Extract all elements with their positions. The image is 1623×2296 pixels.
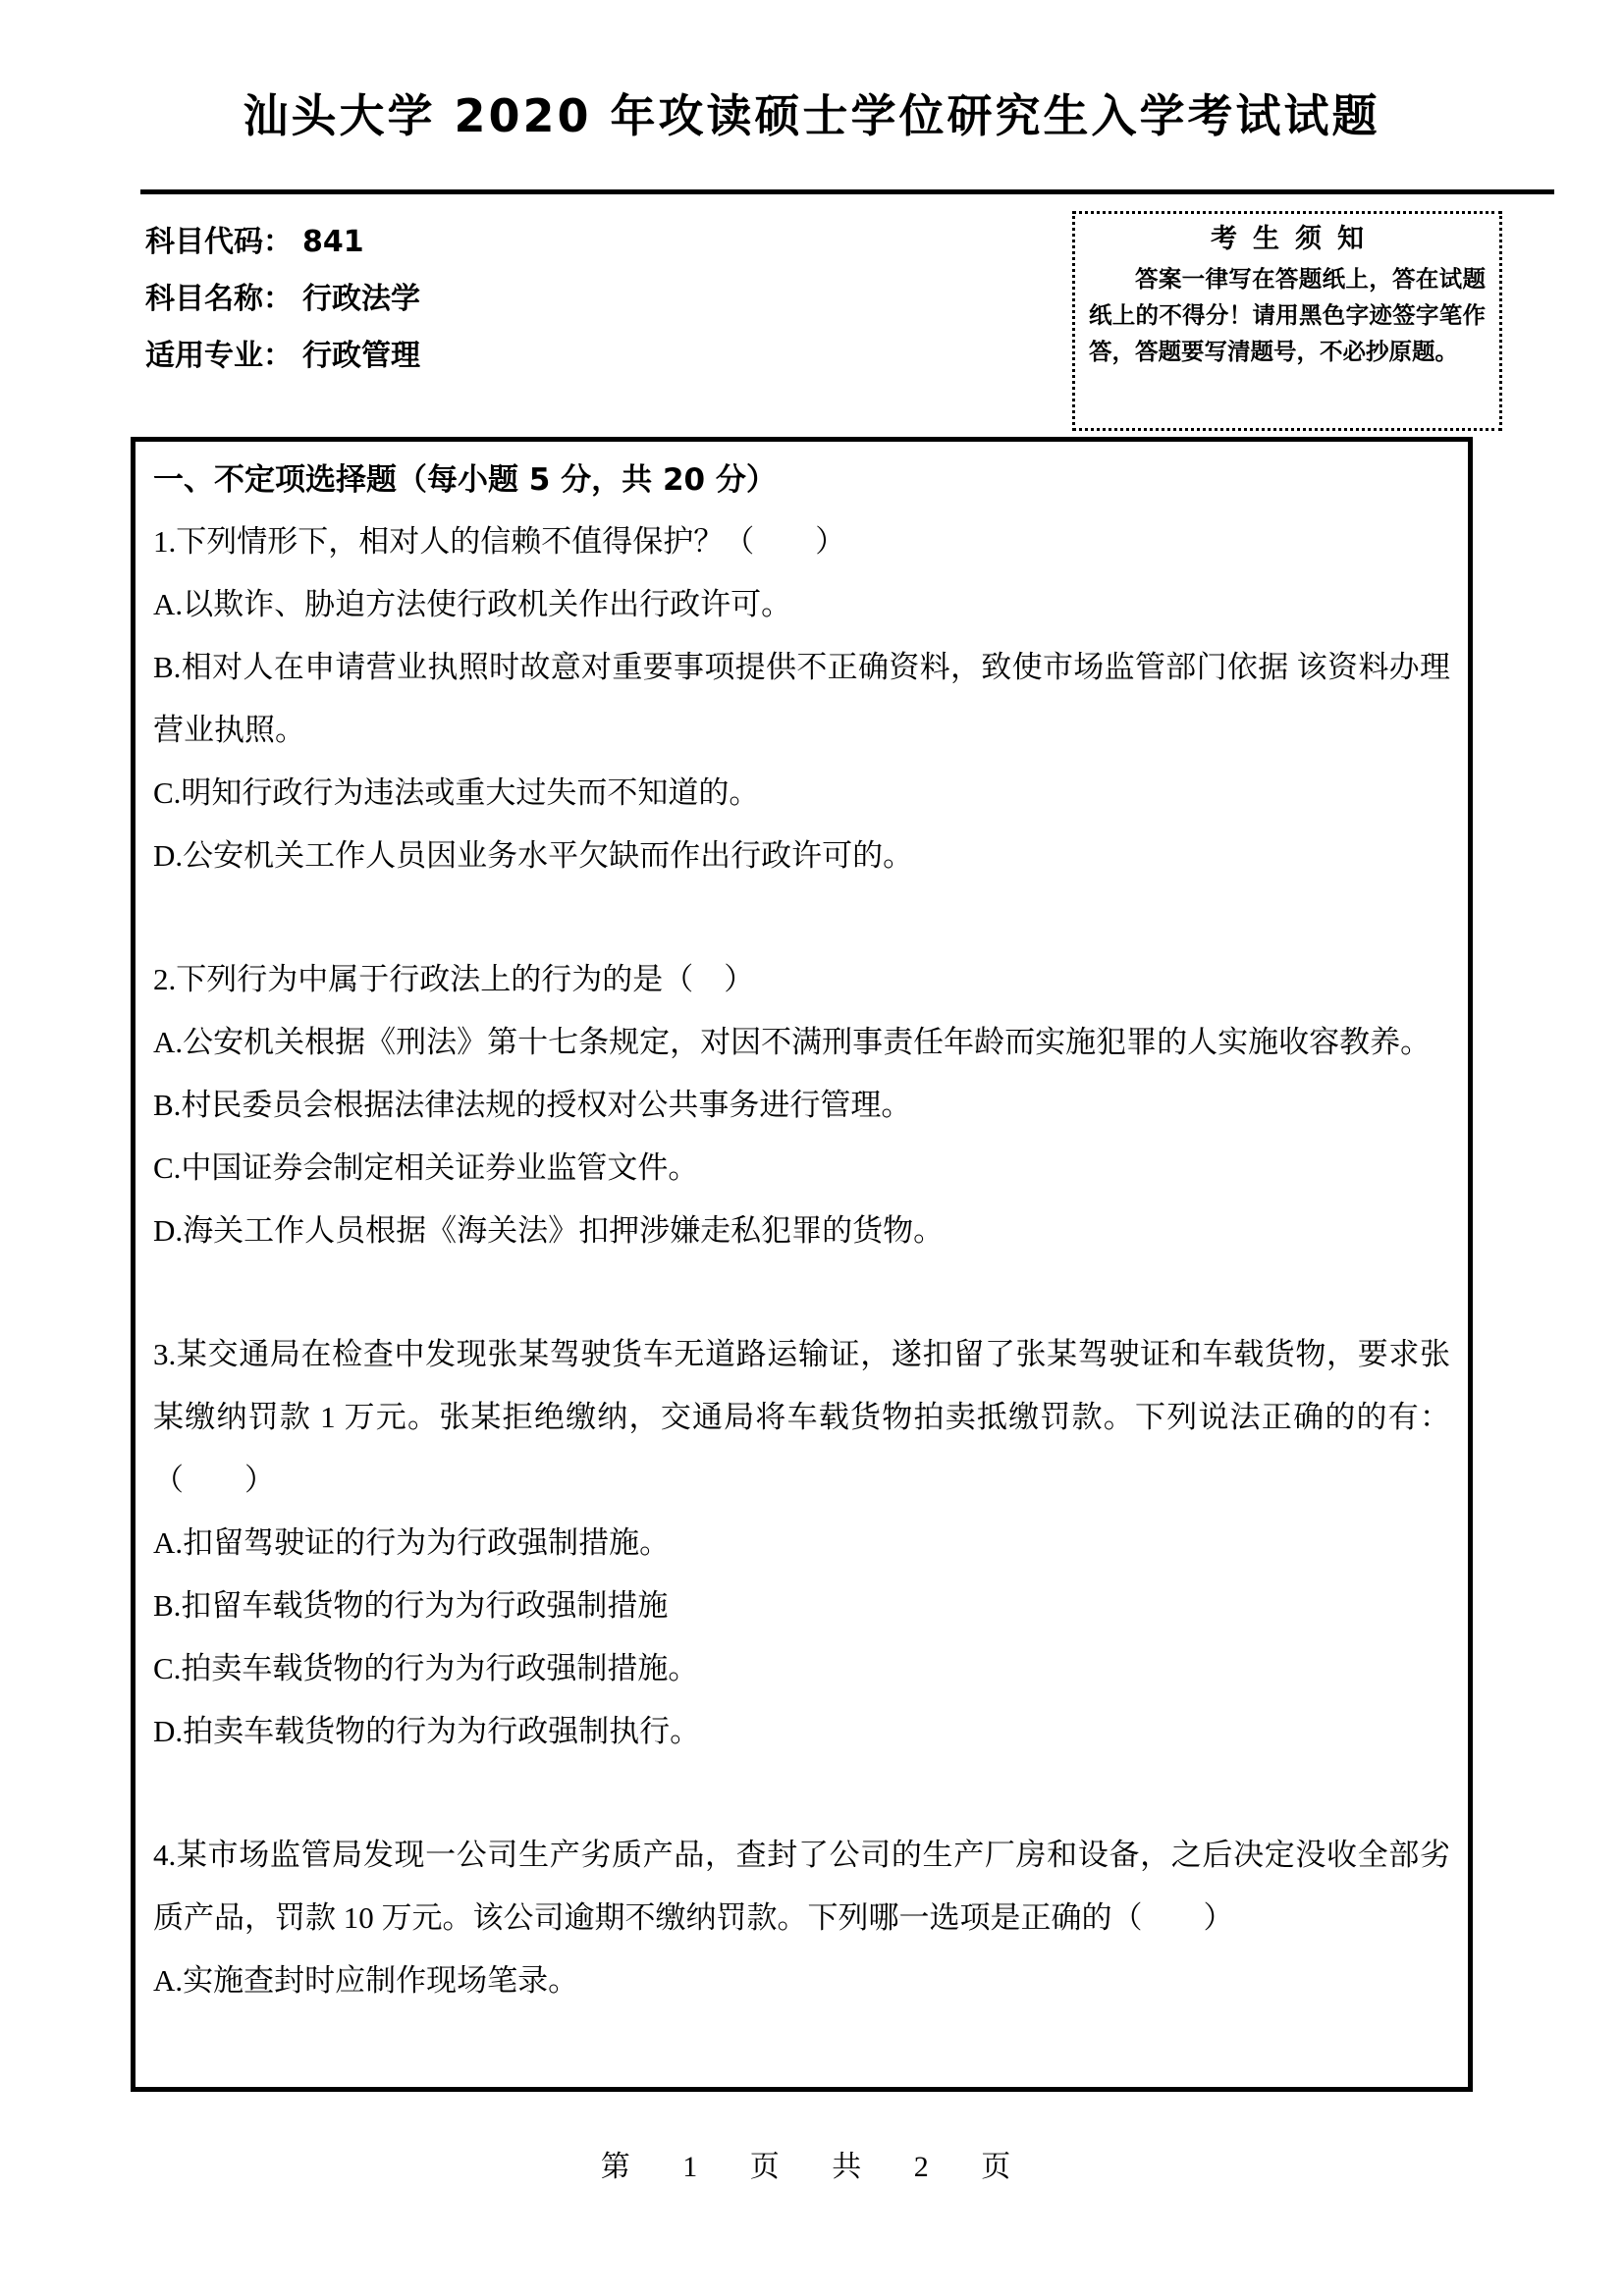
candidate-notice-box: 考生须知 答案一律写在答题纸上，答在试题纸上的不得分！请用黑色字迹签字笔作答，答… — [1072, 211, 1502, 431]
notice-body: 答案一律写在答题纸上，答在试题纸上的不得分！请用黑色字迹签字笔作答，答题要写清题… — [1089, 261, 1486, 370]
question-4: 4.某市场监管局发现一公司生产劣质产品，查封了公司的生产厂房和设备，之后决定没收… — [153, 1824, 1450, 2012]
subject-name-label: 科目名称： — [145, 282, 293, 316]
question-3-stem: 3.某交通局在检查中发现张某驾驶货车无道路运输证，遂扣留了张某驾驶证和车载货物，… — [153, 1323, 1450, 1512]
question-1-option-b: B.相对人在申请营业执照时故意对重要事项提供不正确资料，致使市场监管部门依据 该… — [153, 636, 1450, 762]
question-3-option-b: B.扣留车载货物的行为为行政强制措施 — [153, 1575, 1450, 1637]
question-2: 2.下列行为中属于行政法上的行为的是（ ） A.公安机关根据《刑法》第十七条规定… — [153, 948, 1450, 1262]
question-1-option-c: C.明知行政行为违法或重大过失而不知道的。 — [153, 762, 1450, 825]
question-3-option-a: A.扣留驾驶证的行为为行政强制措施。 — [153, 1512, 1450, 1575]
section-title: 一、不定项选择题（每小题 5 分，共 20 分） — [153, 450, 1450, 510]
subject-name-value: 行政法学 — [302, 282, 420, 316]
question-4-option-a: A.实施查封时应制作现场笔录。 — [153, 1949, 1450, 2012]
question-2-option-c: C.中国证券会制定相关证券业监管文件。 — [153, 1137, 1450, 1200]
subject-code-value: 841 — [302, 225, 364, 259]
question-1-stem: 1.下列情形下，相对人的信赖不值得保护？（ ） — [153, 510, 1450, 573]
subject-major-label: 适用专业： — [145, 339, 293, 373]
subject-major-value: 行政管理 — [302, 339, 420, 373]
question-3: 3.某交通局在检查中发现张某驾驶货车无道路运输证，遂扣留了张某驾驶证和车载货物，… — [153, 1323, 1450, 1763]
question-area: 一、不定项选择题（每小题 5 分，共 20 分） 1.下列情形下，相对人的信赖不… — [131, 437, 1473, 2092]
notice-title: 考生须知 — [1089, 220, 1486, 259]
question-4-stem: 4.某市场监管局发现一公司生产劣质产品，查封了公司的生产厂房和设备，之后决定没收… — [153, 1824, 1450, 1949]
subject-info: 科目代码：841 科目名称：行政法学 适用专业：行政管理 — [145, 214, 420, 385]
question-3-option-c: C.拍卖车载货物的行为为行政强制措施。 — [153, 1637, 1450, 1700]
page-footer: 第 1 页 共 2 页 — [0, 2142, 1623, 2185]
question-2-option-a: A.公安机关根据《刑法》第十七条规定，对因不满刑事责任年龄而实施犯罪的人实施收容… — [153, 1011, 1450, 1074]
page-title: 汕头大学 2020 年攻读硕士学位研究生入学考试试题 — [0, 80, 1623, 145]
question-2-option-d: D.海关工作人员根据《海关法》扣押涉嫌走私犯罪的货物。 — [153, 1200, 1450, 1262]
subject-code-row: 科目代码：841 — [145, 214, 420, 271]
question-3-option-d: D.拍卖车载货物的行为为行政强制执行。 — [153, 1700, 1450, 1763]
question-1-option-a: A.以欺诈、胁迫方法使行政机关作出行政许可。 — [153, 573, 1450, 636]
subject-major-row: 适用专业：行政管理 — [145, 328, 420, 385]
question-1: 1.下列情形下，相对人的信赖不值得保护？（ ） A.以欺诈、胁迫方法使行政机关作… — [153, 510, 1450, 887]
question-2-option-b: B.村民委员会根据法律法规的授权对公共事务进行管理。 — [153, 1074, 1450, 1137]
subject-name-row: 科目名称：行政法学 — [145, 271, 420, 328]
exam-paper-page: 汕头大学 2020 年攻读硕士学位研究生入学考试试题 科目代码：841 科目名称… — [0, 0, 1623, 2296]
question-2-stem: 2.下列行为中属于行政法上的行为的是（ ） — [153, 948, 1450, 1011]
title-divider — [140, 189, 1554, 194]
question-1-option-d: D.公安机关工作人员因业务水平欠缺而作出行政许可的。 — [153, 825, 1450, 887]
subject-code-label: 科目代码： — [145, 225, 293, 259]
